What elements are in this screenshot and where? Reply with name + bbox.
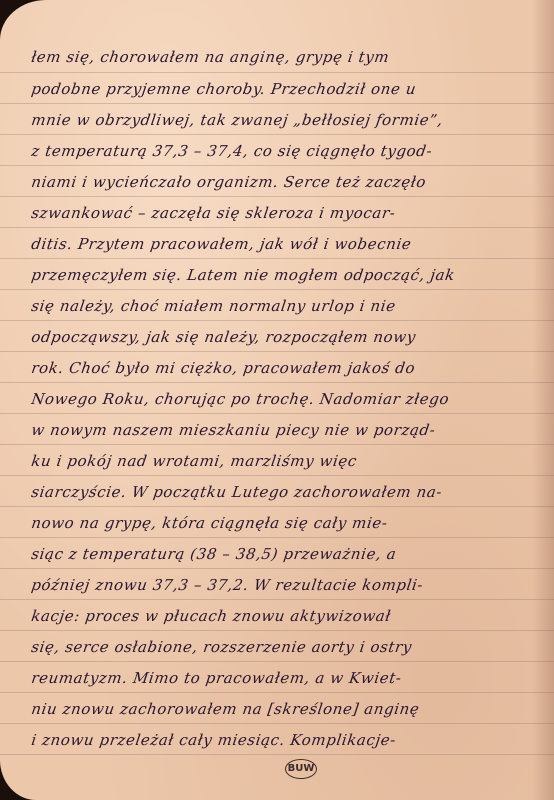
handwritten-line: z temperaturą 37,3 – 37,4, co się ciągnę… [30, 141, 543, 161]
handwritten-line: reumatyzm. Mimo to pracowałem, a w Kwiet… [30, 668, 543, 688]
ruled-line [0, 723, 554, 724]
handwritten-line: przemęczyłem się. Latem nie mogłem odpoc… [30, 265, 543, 285]
handwritten-line: ditis. Przytem pracowałem, jak wół i wob… [30, 234, 543, 254]
ruled-line [0, 506, 554, 507]
handwritten-line: siarczyście. W początku Lutego zachorowa… [30, 482, 543, 502]
ruled-line [0, 754, 554, 755]
handwritten-line: i znowu przeleżał cały miesiąc. Komplika… [30, 730, 543, 750]
handwritten-line: nowo na grypę, która ciągnęła się cały m… [30, 513, 543, 533]
ruled-line [0, 692, 554, 693]
library-stamp: BUW [285, 759, 317, 779]
handwritten-line: w nowym naszem mieszkaniu piecy nie w po… [30, 420, 543, 440]
ruled-line [0, 444, 554, 445]
handwritten-line: Nowego Roku, chorując po trochę. Nadomia… [30, 389, 543, 409]
ruled-line [0, 351, 554, 352]
handwritten-line: ku i pokój nad wrotami, marzliśmy więc [30, 451, 543, 471]
ruled-line [0, 72, 554, 73]
ruled-line [0, 661, 554, 662]
manuscript-page: łem się, chorowałem na anginę, grypę i t… [0, 0, 554, 800]
ruled-line [0, 165, 554, 166]
handwritten-line: niu znowu zachorowałem na [skreślone] an… [30, 699, 543, 719]
handwritten-line: siąc z temperaturą (38 – 38,5) przeważni… [30, 544, 543, 564]
handwritten-line: mnie w obrzydliwej, tak zwanej „bełłosie… [30, 110, 543, 130]
handwritten-line: później znowu 37,3 – 37,2. W rezultacie … [30, 575, 543, 595]
ruled-line [0, 196, 554, 197]
handwritten-line: rok. Choć było mi ciężko, pracowałem jak… [30, 358, 543, 378]
ruled-line [0, 599, 554, 600]
handwritten-line: się, serce osłabione, rozszerzenie aorty… [30, 637, 543, 657]
handwritten-line: odpocząwszy, jak się należy, rozpocząłem… [30, 327, 543, 347]
handwritten-line: niami i wycieńczało organizm. Serce też … [30, 172, 543, 192]
ruled-line [0, 630, 554, 631]
ruled-line [0, 134, 554, 135]
handwritten-line: łem się, chorowałem na anginę, grypę i t… [30, 47, 543, 67]
handwritten-line: się należy, choć miałem normalny urlop i… [30, 296, 543, 316]
ruled-line [0, 320, 554, 321]
ruled-line [0, 258, 554, 259]
ruled-line [0, 413, 554, 414]
ruled-line [0, 568, 554, 569]
ruled-line [0, 475, 554, 476]
ruled-line [0, 537, 554, 538]
ruled-line [0, 227, 554, 228]
ruled-line [0, 103, 554, 104]
handwritten-line: kacje: proces w płucach znowu aktywizowa… [30, 606, 543, 626]
ruled-line [0, 289, 554, 290]
ruled-line [0, 382, 554, 383]
handwritten-line: podobne przyjemne choroby. Przechodził o… [30, 79, 543, 99]
handwritten-line: szwankować – zaczęła się skleroza i myoc… [30, 203, 543, 223]
